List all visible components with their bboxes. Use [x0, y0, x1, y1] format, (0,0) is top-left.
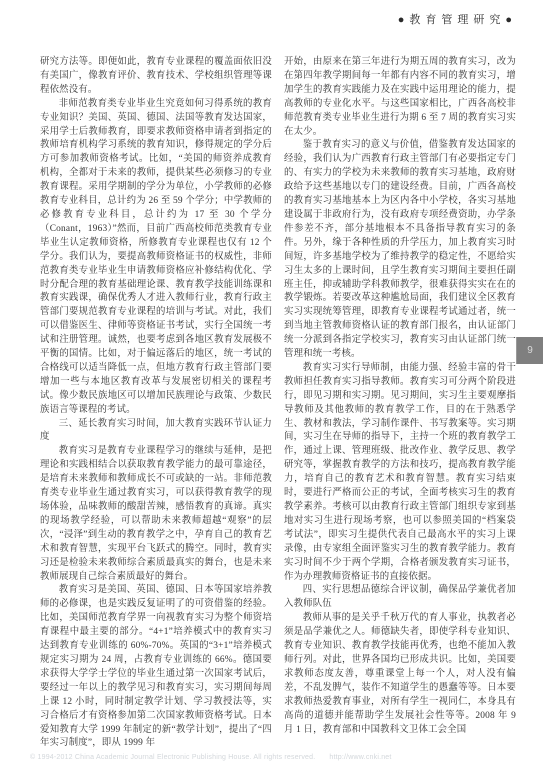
article-body: 研究方法等。即便如此，教育专业课程的覆盖面依旧没有美国广，像教育评价、教育技术、…: [40, 56, 516, 751]
paragraph-continuation: 开始，由原来在第三年进行为期五周的教育实习，改为在第四年教学期间每一年都有内容不…: [284, 56, 516, 139]
paragraph: 鉴于教育实习的意义与价值，借鉴教育发达国家的经验，我们认为广西教育行政主管部门有…: [284, 139, 516, 362]
paragraph: 教育实习是美国、英国、德国、日本等国家培养教师的必修课，也是实践反复证明了的可资…: [40, 584, 272, 751]
copyright-text: © 1994-2012 China Academic Journal Elect…: [30, 754, 315, 761]
paragraph: 非师范教育类专业毕业生究竟如何习得系统的教育专业知识？美国、英国、德国、法国等教…: [40, 98, 272, 418]
page-header: ●教育管理研究●: [398, 10, 517, 28]
page-number: 9: [527, 345, 533, 356]
paragraph: 教育实习实行导师制，由能力强、经验丰富的骨干教师担任教育实习指导教师。教育实习可…: [284, 362, 516, 585]
section-heading-4: 四、实行思想品德综合评议制，确保品学兼优者加入教师队伍: [284, 584, 516, 612]
paragraph: 教师从事的是关乎千秋万代的育人事业，执教者必须是品学兼优之人。师德缺失者，即使学…: [284, 612, 516, 737]
journal-page: ●教育管理研究● 研究方法等。即便如此，教育专业课程的覆盖面依旧没有美国广，像教…: [0, 0, 543, 768]
page-number-tab: 9: [516, 337, 543, 364]
paragraph: 教育实习是教育专业课程学习的继续与延伸，是把理论和实践相结合以获取教育教学能力的…: [40, 445, 272, 584]
section-label: ●教育管理研究●: [398, 14, 517, 26]
cnki-url: http://www.cnki.net: [329, 754, 391, 761]
section-heading-3: 三、延长教育实习时间，加大教育实践环节认证力度: [40, 418, 272, 446]
paragraph-continuation: 研究方法等。即便如此，教育专业课程的覆盖面依旧没有美国广，像教育评价、教育技术、…: [40, 56, 272, 98]
right-column: 开始，由原来在第三年进行为期五周的教育实习，改为在第四年教学期间每一年都有内容不…: [284, 56, 516, 751]
left-column: 研究方法等。即便如此，教育专业课程的覆盖面依旧没有美国广，像教育评价、教育技术、…: [40, 56, 272, 751]
copyright-footer: © 1994-2012 China Academic Journal Elect…: [30, 754, 530, 761]
